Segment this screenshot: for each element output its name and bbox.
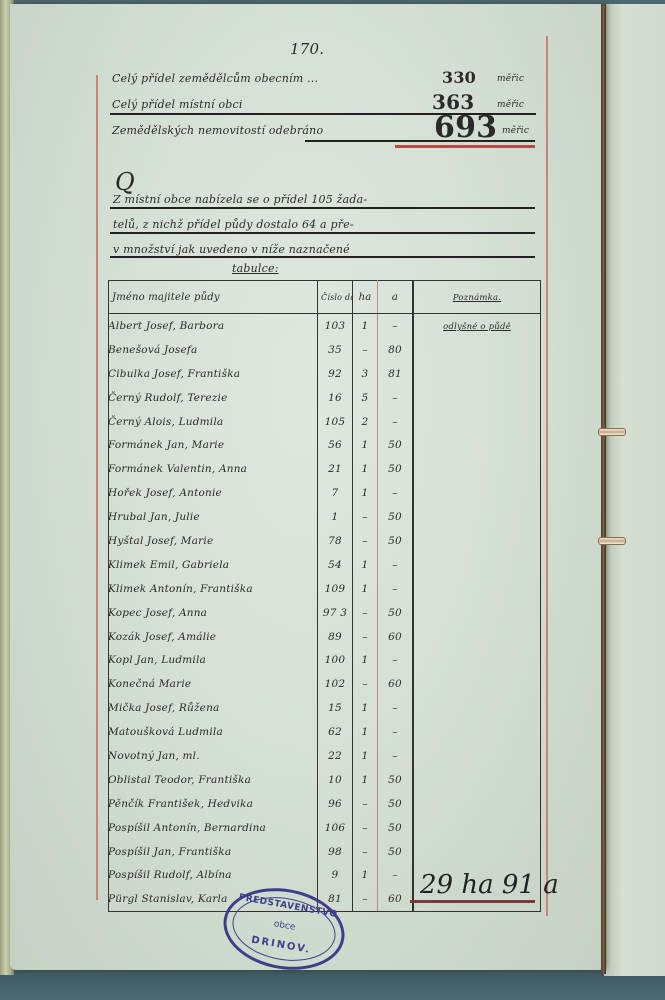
note-cell <box>413 577 541 601</box>
ares-cell: – <box>378 386 414 410</box>
owner-name: Pürgl Stanislav, Karla <box>109 893 228 905</box>
note-cell <box>413 792 541 816</box>
ares-cell: 80 <box>378 338 414 362</box>
owner-name: Hyštal Josef, Marie <box>109 535 214 547</box>
house-number-cell: 89 <box>318 625 353 649</box>
ares-cell: – <box>378 314 414 338</box>
house-number-cell: 100 <box>318 648 353 672</box>
owner-name: Novotný Jan, ml. <box>109 750 200 762</box>
house-number-cell: 15 <box>318 696 353 720</box>
owner-name: Formánek Jan, Marie <box>109 439 225 451</box>
table-row: 12.Klimek Antonín, Františka1091– <box>109 577 541 601</box>
owner-name-cell: 20.Oblistal Teodor, Františka <box>109 768 318 792</box>
table-header-row: Jméno majitele půdy Číslo domu ha a Pozn… <box>109 281 541 314</box>
house-number-cell: 7 <box>318 481 353 505</box>
facing-page <box>604 4 665 976</box>
header-house-number: Číslo domu <box>318 281 353 314</box>
paragraph-line-2: telů, z nichž přídel půdy dostalo 64 a p… <box>113 218 533 231</box>
hectares-cell: 5 <box>353 386 378 410</box>
house-number-cell: 9 <box>318 863 353 887</box>
table-row: 11.Klimek Emil, Gabriela541– <box>109 553 541 577</box>
ares-cell: – <box>378 553 414 577</box>
table-row: 23.Pospíšil Jan, Františka98–50 <box>109 840 541 864</box>
paragraph-rule <box>110 256 535 258</box>
house-number-cell: 10 <box>318 768 353 792</box>
ares-cell: 81 <box>378 362 414 386</box>
stamp-middle-text: obce <box>227 911 343 941</box>
table-row: 22.Pospíšil Antonín, Bernardina106–50 <box>109 816 541 840</box>
ares-cell: 50 <box>378 433 414 457</box>
owner-name-cell: 23.Pospíšil Jan, Františka <box>109 840 318 864</box>
table-row: 14.Kozák Josef, Amálie89–60 <box>109 625 541 649</box>
owner-name-cell: 11.Klimek Emil, Gabriela <box>109 553 318 577</box>
header-ares: a <box>378 281 414 314</box>
table-row: 6.Formánek Jan, Marie56150 <box>109 433 541 457</box>
note-cell <box>413 601 541 625</box>
table-row: 9.Hrubal Jan, Julie1–50 <box>109 505 541 529</box>
hectares-cell: 1 <box>353 433 378 457</box>
hectares-cell: – <box>353 529 378 553</box>
house-number-cell: 105 <box>318 410 353 434</box>
note-cell <box>413 433 541 457</box>
hectares-cell: 3 <box>353 362 378 386</box>
owner-name: Konečná Marie <box>109 678 192 690</box>
table-row: 5.Černý Alois, Ludmila1052– <box>109 410 541 434</box>
owner-name: Cibulka Josef, Františka <box>109 368 241 380</box>
owner-name-cell: 16.Konečná Marie <box>109 672 318 696</box>
owner-name-cell: 2.Benešová Josefa <box>109 338 318 362</box>
land-allocation-table: Jméno majitele půdy Číslo domu ha a Pozn… <box>108 280 541 912</box>
hectares-cell: 2 <box>353 410 378 434</box>
house-number-cell: 98 <box>318 840 353 864</box>
summary-value: 330 <box>442 68 476 87</box>
table-row: 1.Albert Josef, Barbora1031–odlyšné o pů… <box>109 314 541 338</box>
ares-cell: 60 <box>378 625 414 649</box>
hectares-cell: – <box>353 625 378 649</box>
owner-name: Oblistal Teodor, Františka <box>109 774 252 786</box>
house-number-cell: 62 <box>318 720 353 744</box>
house-number-cell: 102 <box>318 672 353 696</box>
owner-name: Kozák Josef, Amálie <box>109 631 217 643</box>
header-note: Poznámka. <box>413 281 541 314</box>
table-row: 13.Kopec Josef, Anna97 3–50 <box>109 601 541 625</box>
hectares-cell: – <box>353 505 378 529</box>
house-number-cell: 21 <box>318 457 353 481</box>
note-cell <box>413 696 541 720</box>
note-cell <box>413 362 541 386</box>
header-house-number-label: Číslo domu <box>321 293 349 302</box>
note-cell: odlyšné o půdě <box>413 314 541 338</box>
table-row: 10.Hyštal Josef, Marie78–50 <box>109 529 541 553</box>
ares-cell: 50 <box>378 816 414 840</box>
table-row: 19.Novotný Jan, ml.221– <box>109 744 541 768</box>
house-number-cell: 35 <box>318 338 353 362</box>
note-cell <box>413 672 541 696</box>
ares-cell: – <box>378 648 414 672</box>
house-number-cell: 54 <box>318 553 353 577</box>
note-cell <box>413 410 541 434</box>
hectares-cell: 1 <box>353 481 378 505</box>
summary-label: Zemědělských nemovitostí odebráno <box>112 124 323 137</box>
right-margin-rule <box>546 36 548 916</box>
note-text: odlyšné o půdě <box>443 322 511 332</box>
hectares-cell: – <box>353 601 378 625</box>
summary-unit: měřic <box>497 74 524 84</box>
table-row: 8.Hořek Josef, Antonie71– <box>109 481 541 505</box>
note-cell <box>413 505 541 529</box>
owner-name: Kopl Jan, Ludmila <box>109 654 207 666</box>
owner-name-cell: 14.Kozák Josef, Amálie <box>109 625 318 649</box>
owner-name-cell: 22.Pospíšil Antonín, Bernardina <box>109 816 318 840</box>
owner-name: Pospíšil Rudolf, Albína <box>109 869 232 881</box>
summary-label: Celý přídel zemědělcům obecním ... <box>112 72 318 85</box>
section-mark: Q <box>115 168 135 196</box>
note-cell <box>413 386 541 410</box>
hectares-cell: 1 <box>353 720 378 744</box>
table-row: 4.Černý Rudolf, Terezie165– <box>109 386 541 410</box>
summary-line-3: Zemědělských nemovitostí odebráno 693 mě… <box>112 124 537 137</box>
hectares-cell: – <box>353 338 378 362</box>
house-number-cell: 109 <box>318 577 353 601</box>
house-number-cell: 96 <box>318 792 353 816</box>
note-cell <box>413 840 541 864</box>
owner-name-cell: 19.Novotný Jan, ml. <box>109 744 318 768</box>
ares-cell: 50 <box>378 840 414 864</box>
paragraph-line-1: Z místní obce nabízela se o přídel 105 ž… <box>113 193 533 206</box>
house-number-cell: 56 <box>318 433 353 457</box>
table-row: 18.Matoušková Ludmila621– <box>109 720 541 744</box>
note-cell <box>413 338 541 362</box>
hectares-cell: 1 <box>353 863 378 887</box>
owner-name: Klimek Emil, Gabriela <box>109 559 230 571</box>
page-number: 170. <box>290 40 324 58</box>
ares-cell: – <box>378 410 414 434</box>
header-note-label: Poznámka. <box>453 293 501 303</box>
table-title: tabulce: <box>232 262 279 275</box>
note-cell <box>413 529 541 553</box>
table-row: 15.Kopl Jan, Ludmila1001– <box>109 648 541 672</box>
hectares-cell: – <box>353 840 378 864</box>
table-row: 20.Oblistal Teodor, Františka10150 <box>109 768 541 792</box>
hectares-cell: 1 <box>353 648 378 672</box>
owner-name: Pospíšil Jan, Františka <box>109 846 232 858</box>
left-margin-rule <box>96 75 98 900</box>
ares-cell: 60 <box>378 672 414 696</box>
note-cell <box>413 720 541 744</box>
ares-cell: 50 <box>378 457 414 481</box>
owner-name: Černý Alois, Ludmila <box>109 416 224 428</box>
note-cell <box>413 816 541 840</box>
owner-name-cell: 9.Hrubal Jan, Julie <box>109 505 318 529</box>
owner-name: Hrubal Jan, Julie <box>109 511 200 523</box>
owner-name-cell: 12.Klimek Antonín, Františka <box>109 577 318 601</box>
owner-name-cell: 6.Formánek Jan, Marie <box>109 433 318 457</box>
owner-name-cell: 21.Pěnčík František, Hedvika <box>109 792 318 816</box>
note-cell <box>413 648 541 672</box>
ares-cell: – <box>378 696 414 720</box>
hectares-cell: – <box>353 672 378 696</box>
owner-name-cell: 24.Pospíšil Rudolf, Albína <box>109 863 318 887</box>
house-number-cell: 16 <box>318 386 353 410</box>
note-cell <box>413 744 541 768</box>
owner-name: Hořek Josef, Antonie <box>109 487 222 499</box>
owner-name-cell: 15.Kopl Jan, Ludmila <box>109 648 318 672</box>
owner-name: Albert Josef, Barbora <box>109 320 225 332</box>
hectares-cell: 1 <box>353 457 378 481</box>
hectares-cell: – <box>353 792 378 816</box>
table-row: 17.Mička Josef, Růžena151– <box>109 696 541 720</box>
house-number-cell: 78 <box>318 529 353 553</box>
paragraph-line-3: v množství jak uvedeno v níže naznačené <box>113 243 533 256</box>
hectares-cell: – <box>353 816 378 840</box>
house-number-cell: 92 <box>318 362 353 386</box>
owner-name-cell: 13.Kopec Josef, Anna <box>109 601 318 625</box>
summary-red-rule <box>395 145 535 148</box>
owner-name: Klimek Antonín, Františka <box>109 583 253 595</box>
owner-name-cell: 4.Černý Rudolf, Terezie <box>109 386 318 410</box>
hectares-cell: 1 <box>353 553 378 577</box>
note-cell <box>413 457 541 481</box>
table-total: 29 ha 91 a <box>420 870 559 900</box>
ares-cell: 50 <box>378 768 414 792</box>
house-number-cell: 97 3 <box>318 601 353 625</box>
house-number-cell: 106 <box>318 816 353 840</box>
ares-cell: 50 <box>378 601 414 625</box>
owner-name-cell: 5.Černý Alois, Ludmila <box>109 410 318 434</box>
house-number-cell: 1 <box>318 505 353 529</box>
hectares-cell: 1 <box>353 768 378 792</box>
hectares-cell: 1 <box>353 744 378 768</box>
owner-name-cell: 17.Mička Josef, Růžena <box>109 696 318 720</box>
header-owner-name: Jméno majitele půdy <box>109 281 318 314</box>
note-cell <box>413 481 541 505</box>
owner-name: Matoušková Ludmila <box>109 726 223 738</box>
owner-name: Pospíšil Antonín, Bernardina <box>109 822 267 834</box>
owner-name-cell: 10.Hyštal Josef, Marie <box>109 529 318 553</box>
header-hectares: ha <box>353 281 378 314</box>
note-cell <box>413 768 541 792</box>
summary-unit: měřic <box>497 100 524 110</box>
house-number-cell: 22 <box>318 744 353 768</box>
owner-name: Benešová Josefa <box>109 344 198 356</box>
hectares-cell: 1 <box>353 577 378 601</box>
ares-cell: 50 <box>378 529 414 553</box>
note-cell <box>413 625 541 649</box>
hectares-cell: – <box>353 887 378 911</box>
summary-label: Celý přídel místní obci <box>112 98 243 111</box>
ares-cell: 50 <box>378 505 414 529</box>
ares-cell: – <box>378 863 414 887</box>
owner-name-cell: 7.Formánek Valentin, Anna <box>109 457 318 481</box>
paragraph-rule <box>110 232 535 234</box>
owner-name: Kopec Josef, Anna <box>109 607 208 619</box>
table-row: 3.Cibulka Josef, Františka92381 <box>109 362 541 386</box>
summary-line-1: Celý přídel zemědělcům obecním ... 330 m… <box>112 72 537 85</box>
table-row: 16.Konečná Marie102–60 <box>109 672 541 696</box>
paragraph-rule <box>110 207 535 209</box>
owner-name: Mička Josef, Růžena <box>109 702 220 714</box>
total-underline <box>410 900 535 903</box>
hectares-cell: 1 <box>353 314 378 338</box>
book-gutter <box>601 4 606 974</box>
owner-name-cell: 18.Matoušková Ludmila <box>109 720 318 744</box>
house-number-cell: 103 <box>318 314 353 338</box>
binding-thread <box>598 537 626 545</box>
owner-name: Formánek Valentin, Anna <box>109 463 248 475</box>
owner-name-cell: 8.Hořek Josef, Antonie <box>109 481 318 505</box>
note-cell <box>413 553 541 577</box>
table-row: 21.Pěnčík František, Hedvika96–50 <box>109 792 541 816</box>
table-row: 2.Benešová Josefa35–80 <box>109 338 541 362</box>
summary-rule <box>305 140 535 142</box>
ares-cell: – <box>378 720 414 744</box>
owner-name-cell: 3.Cibulka Josef, Františka <box>109 362 318 386</box>
summary-unit: měřic <box>502 126 529 136</box>
table-row: 7.Formánek Valentin, Anna21150 <box>109 457 541 481</box>
hectares-cell: 1 <box>353 696 378 720</box>
owner-name: Černý Rudolf, Terezie <box>109 392 228 404</box>
owner-name: Pěnčík František, Hedvika <box>109 798 254 810</box>
ares-cell: – <box>378 744 414 768</box>
ares-cell: 50 <box>378 792 414 816</box>
owner-name-cell: 1.Albert Josef, Barbora <box>109 314 318 338</box>
ares-cell: 60 <box>378 887 414 911</box>
ares-cell: – <box>378 481 414 505</box>
ares-cell: – <box>378 577 414 601</box>
binding-thread <box>598 428 626 436</box>
